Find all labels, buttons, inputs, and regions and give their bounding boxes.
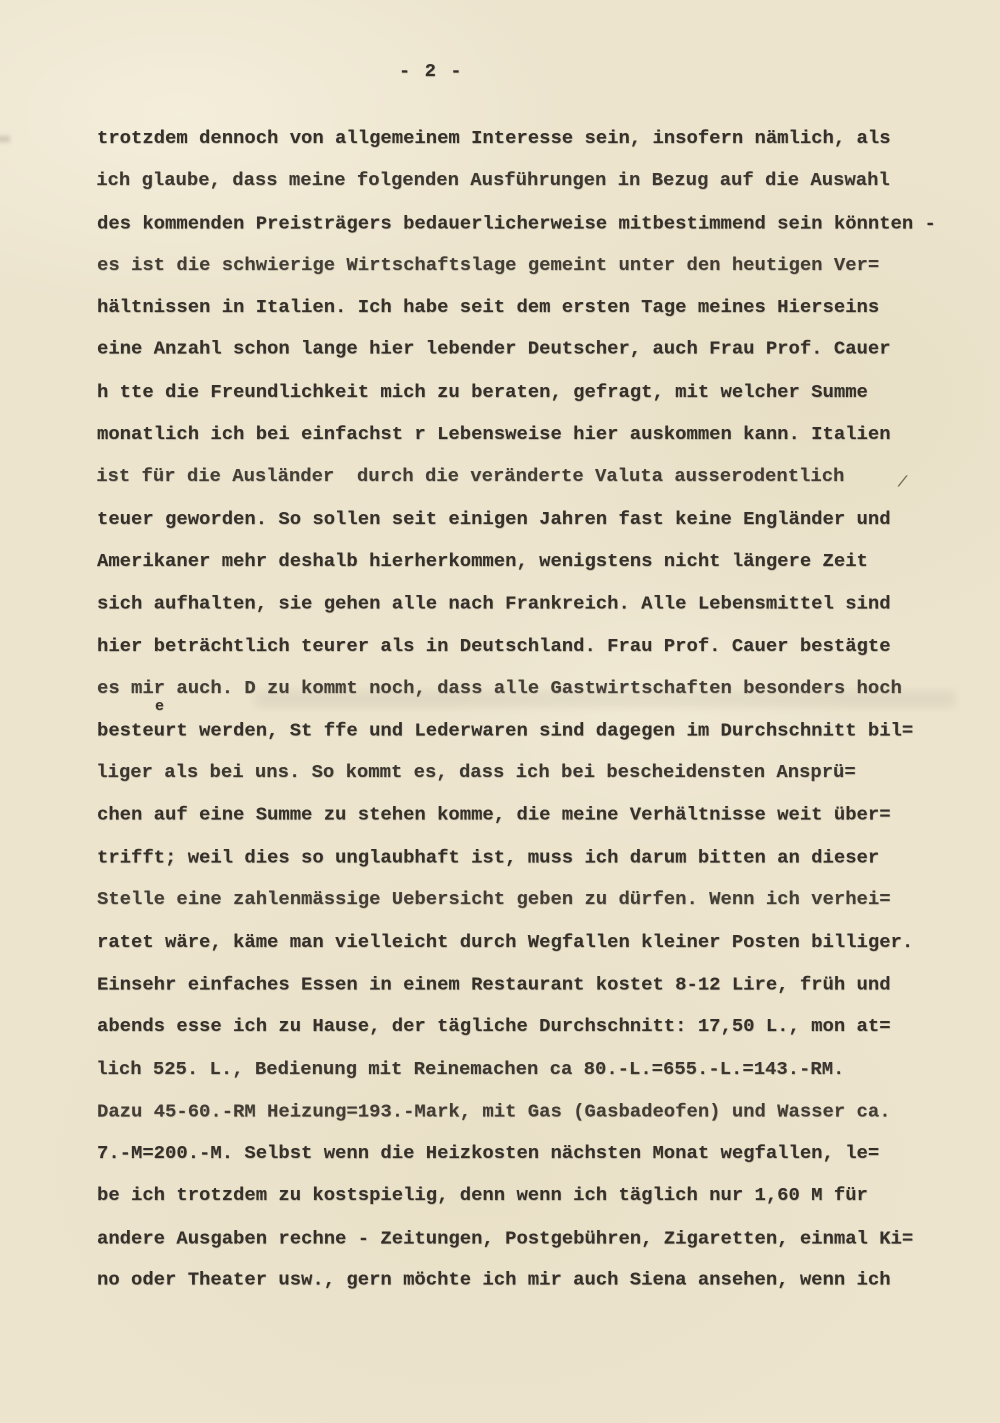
text-line: no oder Theater usw., gern möchte ich mi… [97,1259,967,1301]
text-line: Einsehr einfaches Essen in einem Restaur… [97,963,967,1005]
text-line: teuer geworden. So sollen seit einigen J… [97,498,967,540]
text-line: Dazu 45-60.-RM Heizung=193.-Mark, mit Ga… [97,1090,967,1132]
text-line: eine Anzahl schon lange hier lebender De… [97,328,967,370]
edge-smudge-artifact [0,136,10,142]
ink-smudge-artifact [255,691,955,707]
text-line: andere Ausgaben rechne - Zeitungen, Post… [97,1217,967,1259]
text-line: des kommenden Preisträgers bedauerlicher… [97,202,967,244]
text-line: ich glaube, dass meine folgenden Ausführ… [96,159,966,201]
document-page: - 2 - trotzdem dennoch von allgemeinem I… [0,0,1000,1423]
text-line: chen auf eine Summe zu stehen komme, die… [97,793,967,835]
text-line: 7.-M=200.-M. Selbst wenn die Heizkosten … [97,1132,967,1174]
document-body: trotzdem dennoch von allgemeinem Interes… [97,117,967,1301]
text-line: trotzdem dennoch von allgemeinem Interes… [97,117,967,159]
text-line: lich 525. L., Bedienung mit Reinemachen … [96,1048,966,1090]
text-line: be ich trotzdem zu kostspielig, denn wen… [97,1174,967,1216]
text-line: ratet wäre, käme man vielleicht durch We… [97,921,967,963]
text-line: hier beträchtlich teurer als in Deutschl… [97,625,967,667]
text-line: liger als bei uns. So kommt es, dass ich… [96,751,966,793]
text-line: Amerikaner mehr deshalb hierherkommen, w… [97,540,967,582]
text-line: besteurt werden, St ffe und Lederwaren s… [97,710,967,752]
text-line: ist für die Ausländer durch die veränder… [96,455,966,497]
inline-correction-letter: e [155,698,164,715]
text-line: h tte die Freundlichkeit mich zu beraten… [97,371,967,413]
text-line: es ist die schwierige Wirtschaftslage ge… [97,244,967,286]
page-number: - 2 - [0,60,862,82]
text-line: hältnissen in Italien. Ich habe seit dem… [97,286,967,328]
text-line: Stelle eine zahlenmässige Uebersicht geb… [97,878,967,920]
text-line: abends esse ich zu Hause, der tägliche D… [97,1005,967,1047]
text-line: sich aufhalten, sie gehen alle nach Fran… [97,583,967,625]
text-line: monatlich ich bei einfachst r Lebensweis… [97,413,967,455]
text-line: trifft; weil dies so unglaubhaft ist, mu… [97,837,967,879]
